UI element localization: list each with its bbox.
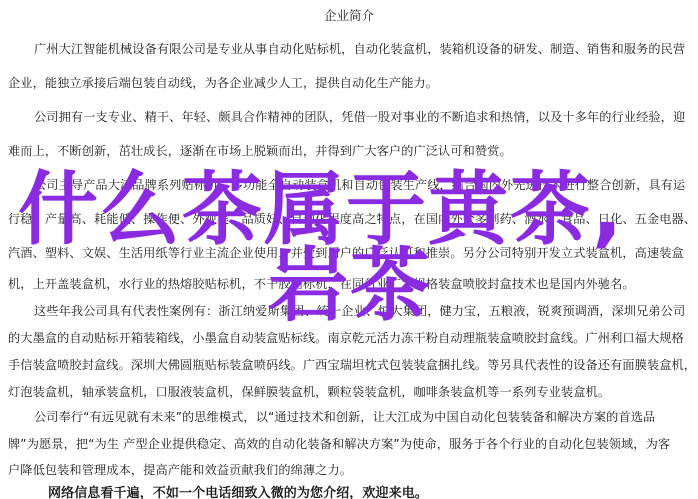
paragraph-line: 灯泡装盒机，轴承装盒机，口服液装盒机，保鲜膜装盒机，颗粒袋装盒机，咖啡条装盒机等… — [8, 383, 610, 400]
paragraph-line: 手信装盒喷胶封盒线。深圳大佛圆瓶贴标装盒喷码线。广西宝瑞坦枕式包装装盒捆扎线。等… — [8, 356, 696, 373]
paragraph-line: 机，上开盖装盒机，水行业的热熔胶贴标机，不干胶贴标机，在同行业广大规格装盒喷胶封… — [8, 275, 635, 292]
paragraph-line: 难而上，不断创新，茁壮成长，逐渐在市场上脱颖而出，并得到广大客户的广泛认可和赞赏… — [8, 142, 512, 159]
closing-statement: 网络信息看千遍，不如一个电话细致入微的为您介绍，欢迎来电。 — [48, 482, 428, 499]
paragraph-line: 这些年我公司具有代表性案例有：浙江纳爱斯集团、统一企业、恒大集团，健力宝，五粮液… — [34, 302, 685, 319]
paragraph-line: 行稳、产量高、耗能低、操作便、外观美、品质好、自动化程度高之特点，在国内外众多制… — [8, 210, 696, 227]
document-title: 企业简介 — [0, 6, 698, 24]
paragraph-line: 户降低包装和管理成本，提高产能和效益贡献我们的绵薄之力。 — [8, 461, 352, 478]
paragraph-line: 广州大江智能机械设备有限公司是专业从事自动化贴标机，自动化装盒机，装箱机设备的研… — [34, 40, 685, 57]
paragraph-line: 公司主导产品大江品牌系列贴标机，多功能全自动装盒机和自动包装生产线，结合国内外先… — [34, 176, 685, 193]
paragraph-line: 牌”为愿景，把“为生 产型企业提供稳定、高效的自动化装备和解决方案”为使命，服务… — [8, 435, 670, 452]
paragraph-line: 公司拥有一支专业、精干、年轻、颇具合作精神的团队，凭借一股对事业的不断追求和热情… — [34, 108, 685, 125]
paragraph-line: 汽酒、塑料、文娱、生活用纸等行业主流企业使用，并受到用户的广泛认可和推崇。另分公… — [8, 244, 684, 261]
paragraph-line: 公司奉行“有远见就有未来”的思维模式，以“通过技术和创新，让大江成为中国自动化包… — [34, 408, 655, 425]
paragraph-line: 企业，能独立承接后端包装自动线，为各企业减少人工，提供自动化生产能力。 — [8, 74, 438, 91]
paragraph-line: 的大墨盒的自动贴标开箱装箱线，小墨盒自动装盒贴标线。南京乾元活力冻干粉自动理瓶装… — [8, 329, 684, 346]
